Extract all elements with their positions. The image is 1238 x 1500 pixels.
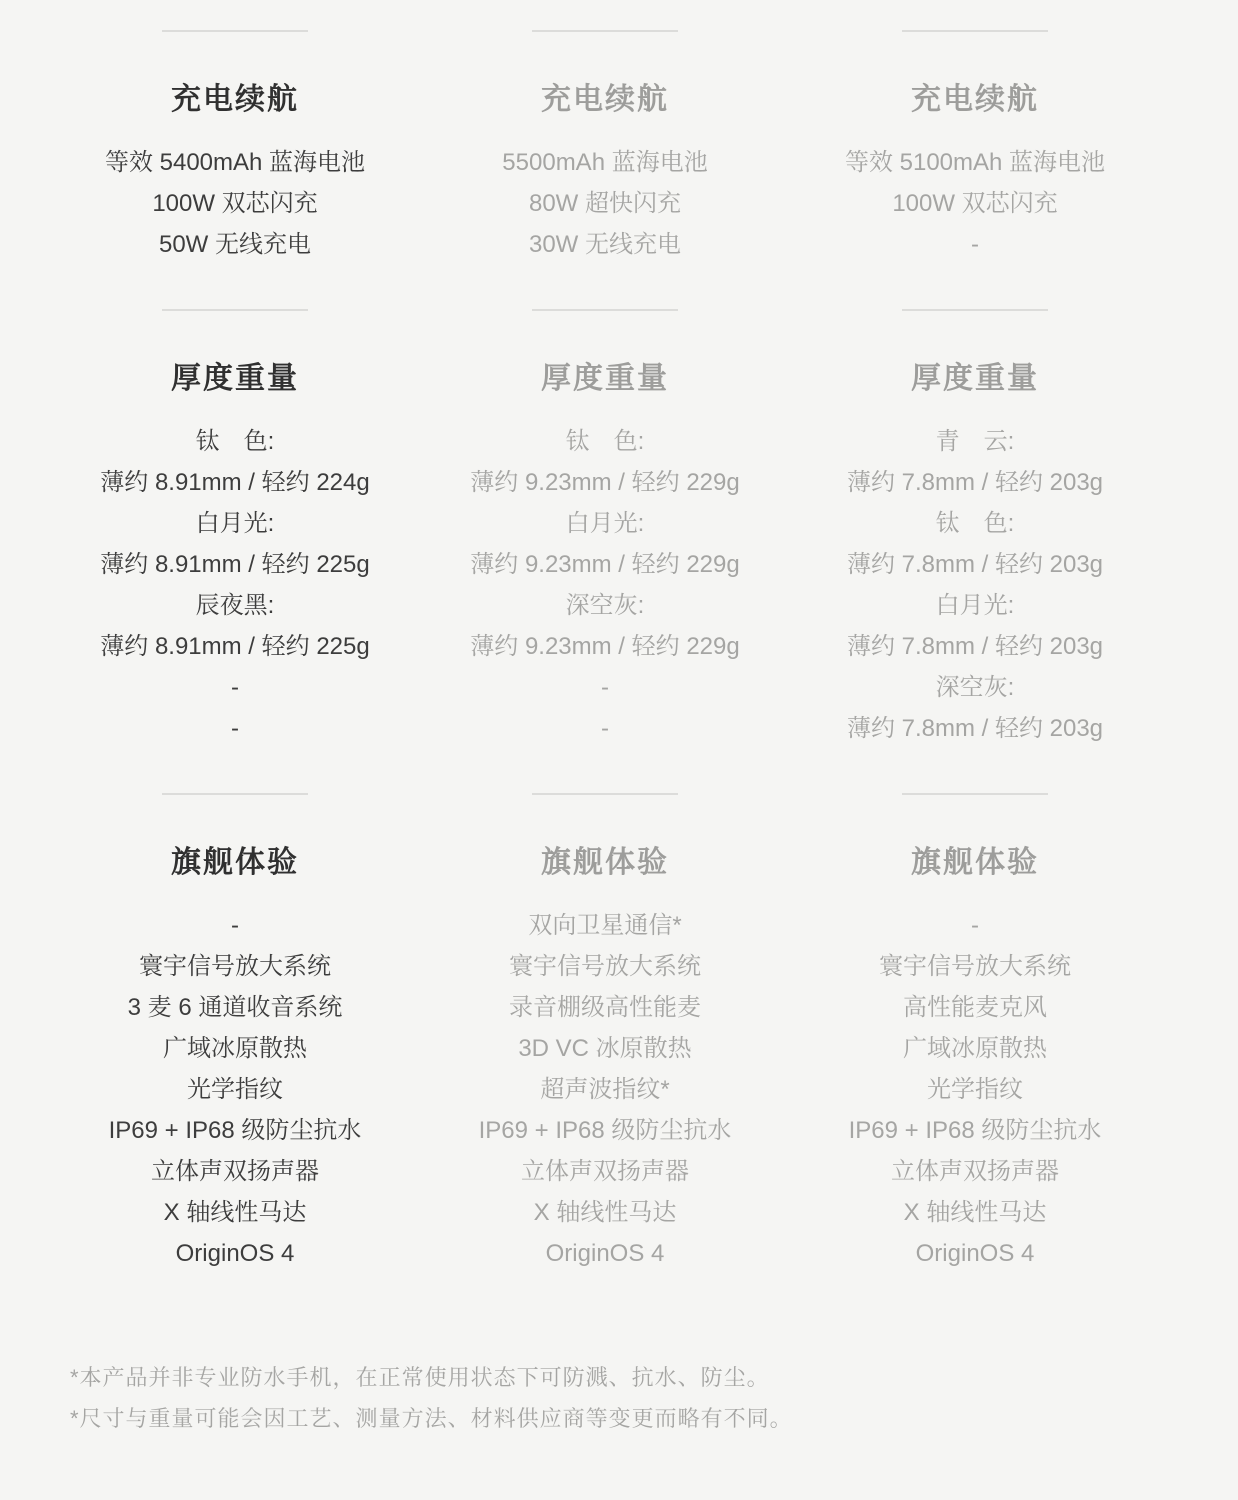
spec-section: 旗舰体验-寰宇信号放大系统3 麦 6 通道收音系统广域冰原散热光学指纹IP69 …: [50, 793, 420, 1274]
spec-rows: 5500mAh 蓝海电池80W 超快闪充30W 无线充电: [420, 142, 790, 265]
spec-value: OriginOS 4: [420, 1233, 790, 1274]
spec-section: 充电续航等效 5400mAh 蓝海电池100W 双芯闪充50W 无线充电: [50, 30, 420, 265]
color-variant-label: 白月光:: [50, 503, 420, 544]
empty-value: -: [420, 708, 790, 749]
spec-value: 录音棚级高性能麦: [420, 987, 790, 1028]
spec-rows: 双向卫星通信*寰宇信号放大系统录音棚级高性能麦3D VC 冰原散热超声波指纹*I…: [420, 905, 790, 1274]
spec-value: 广域冰原散热: [790, 1028, 1160, 1069]
spec-value: IP69 + IP68 级防尘抗水: [50, 1110, 420, 1151]
section-divider-line: [532, 793, 678, 795]
spec-comparison-page: 充电续航等效 5400mAh 蓝海电池100W 双芯闪充50W 无线充电厚度重量…: [0, 0, 1238, 1500]
spec-value: X 轴线性马达: [420, 1192, 790, 1233]
spec-value: 超声波指纹*: [420, 1069, 790, 1110]
section-title: 充电续航: [420, 84, 790, 116]
section-divider-line: [902, 793, 1048, 795]
spec-value: 光学指纹: [50, 1069, 420, 1110]
section-divider-line: [162, 793, 308, 795]
spec-section: 厚度重量青 云:薄约 7.8mm / 轻约 203g钛 色:薄约 7.8mm /…: [790, 309, 1160, 749]
spec-section: 厚度重量钛 色:薄约 9.23mm / 轻约 229g白月光:薄约 9.23mm…: [420, 309, 790, 749]
spec-section: 厚度重量钛 色:薄约 8.91mm / 轻约 224g白月光:薄约 8.91mm…: [50, 309, 420, 749]
spec-value: 等效 5100mAh 蓝海电池: [790, 142, 1160, 183]
empty-value: -: [50, 905, 420, 946]
spec-value: OriginOS 4: [790, 1233, 1160, 1274]
section-title: 厚度重量: [420, 363, 790, 395]
section-divider-line: [902, 30, 1048, 32]
spec-value: 薄约 7.8mm / 轻约 203g: [790, 708, 1160, 749]
empty-value: -: [50, 667, 420, 708]
spec-value: 5500mAh 蓝海电池: [420, 142, 790, 183]
spec-value: 双向卫星通信*: [420, 905, 790, 946]
spec-rows: -寰宇信号放大系统3 麦 6 通道收音系统广域冰原散热光学指纹IP69 + IP…: [50, 905, 420, 1274]
spec-column-product-2: 充电续航5500mAh 蓝海电池80W 超快闪充30W 无线充电厚度重量钛 色:…: [420, 0, 790, 1274]
spec-section: 旗舰体验-寰宇信号放大系统高性能麦克风广域冰原散热光学指纹IP69 + IP68…: [790, 793, 1160, 1274]
spec-value: 薄约 8.91mm / 轻约 225g: [50, 626, 420, 667]
spec-value: 薄约 7.8mm / 轻约 203g: [790, 544, 1160, 585]
section-title: 充电续航: [50, 84, 420, 116]
color-variant-label: 钛 色:: [420, 421, 790, 462]
section-divider-line: [162, 309, 308, 311]
spec-value: 寰宇信号放大系统: [50, 946, 420, 987]
empty-value: -: [50, 708, 420, 749]
spec-value: 3 麦 6 通道收音系统: [50, 987, 420, 1028]
spec-column-product-3: 充电续航等效 5100mAh 蓝海电池100W 双芯闪充-厚度重量青 云:薄约 …: [790, 0, 1160, 1274]
spec-section: 充电续航5500mAh 蓝海电池80W 超快闪充30W 无线充电: [420, 30, 790, 265]
spec-value: 薄约 9.23mm / 轻约 229g: [420, 626, 790, 667]
spec-value: X 轴线性马达: [790, 1192, 1160, 1233]
spec-value: 薄约 7.8mm / 轻约 203g: [790, 626, 1160, 667]
spec-section: 充电续航等效 5100mAh 蓝海电池100W 双芯闪充-: [790, 30, 1160, 265]
spec-rows: 等效 5100mAh 蓝海电池100W 双芯闪充-: [790, 142, 1160, 265]
section-title: 厚度重量: [50, 363, 420, 395]
color-variant-label: 青 云:: [790, 421, 1160, 462]
spec-value: 广域冰原散热: [50, 1028, 420, 1069]
footnote-water-resistance: *本产品并非专业防水手机，在正常使用状态下可防溅、抗水、防尘。: [70, 1357, 1238, 1398]
spec-value: 30W 无线充电: [420, 224, 790, 265]
spec-value: IP69 + IP68 级防尘抗水: [790, 1110, 1160, 1151]
spec-value: 等效 5400mAh 蓝海电池: [50, 142, 420, 183]
spec-value: X 轴线性马达: [50, 1192, 420, 1233]
color-variant-label: 白月光:: [420, 503, 790, 544]
spec-rows: 青 云:薄约 7.8mm / 轻约 203g钛 色:薄约 7.8mm / 轻约 …: [790, 421, 1160, 749]
section-title: 厚度重量: [790, 363, 1160, 395]
empty-value: -: [790, 905, 1160, 946]
spec-column-product-1: 充电续航等效 5400mAh 蓝海电池100W 双芯闪充50W 无线充电厚度重量…: [50, 0, 420, 1274]
color-variant-label: 钛 色:: [50, 421, 420, 462]
color-variant-label: 深空灰:: [420, 585, 790, 626]
color-variant-label: 辰夜黑:: [50, 585, 420, 626]
spec-value: 光学指纹: [790, 1069, 1160, 1110]
spec-value: 寰宇信号放大系统: [420, 946, 790, 987]
spec-value: 3D VC 冰原散热: [420, 1028, 790, 1069]
section-divider-line: [162, 30, 308, 32]
section-title: 旗舰体验: [790, 847, 1160, 879]
spec-value: 50W 无线充电: [50, 224, 420, 265]
spec-value: 薄约 9.23mm / 轻约 229g: [420, 462, 790, 503]
section-divider-line: [532, 309, 678, 311]
spec-rows: 钛 色:薄约 9.23mm / 轻约 229g白月光:薄约 9.23mm / 轻…: [420, 421, 790, 749]
spec-value: 100W 双芯闪充: [50, 183, 420, 224]
section-title: 旗舰体验: [50, 847, 420, 879]
color-variant-label: 白月光:: [790, 585, 1160, 626]
section-divider-line: [532, 30, 678, 32]
spec-rows: -寰宇信号放大系统高性能麦克风广域冰原散热光学指纹IP69 + IP68 级防尘…: [790, 905, 1160, 1274]
section-divider-line: [902, 309, 1048, 311]
spec-value: 薄约 8.91mm / 轻约 225g: [50, 544, 420, 585]
spec-value: OriginOS 4: [50, 1233, 420, 1274]
spec-comparison-table: 充电续航等效 5400mAh 蓝海电池100W 双芯闪充50W 无线充电厚度重量…: [0, 0, 1238, 1274]
footnote-dimensions: *尺寸与重量可能会因工艺、测量方法、材料供应商等变更而略有不同。: [70, 1398, 1238, 1439]
color-variant-label: 深空灰:: [790, 667, 1160, 708]
spec-value: 立体声双扬声器: [50, 1151, 420, 1192]
spec-value: 立体声双扬声器: [420, 1151, 790, 1192]
spec-value: 薄约 7.8mm / 轻约 203g: [790, 462, 1160, 503]
section-title: 旗舰体验: [420, 847, 790, 879]
spec-value: 立体声双扬声器: [790, 1151, 1160, 1192]
spec-value: 80W 超快闪充: [420, 183, 790, 224]
spec-value: IP69 + IP68 级防尘抗水: [420, 1110, 790, 1151]
spec-rows: 钛 色:薄约 8.91mm / 轻约 224g白月光:薄约 8.91mm / 轻…: [50, 421, 420, 749]
spec-value: 高性能麦克风: [790, 987, 1160, 1028]
spec-value: 薄约 9.23mm / 轻约 229g: [420, 544, 790, 585]
color-variant-label: 钛 色:: [790, 503, 1160, 544]
spec-value: 寰宇信号放大系统: [790, 946, 1160, 987]
spec-section: 旗舰体验双向卫星通信*寰宇信号放大系统录音棚级高性能麦3D VC 冰原散热超声波…: [420, 793, 790, 1274]
footnotes: *本产品并非专业防水手机，在正常使用状态下可防溅、抗水、防尘。 *尺寸与重量可能…: [0, 1357, 1238, 1439]
spec-value: 薄约 8.91mm / 轻约 224g: [50, 462, 420, 503]
section-title: 充电续航: [790, 84, 1160, 116]
spec-rows: 等效 5400mAh 蓝海电池100W 双芯闪充50W 无线充电: [50, 142, 420, 265]
spec-value: 100W 双芯闪充: [790, 183, 1160, 224]
empty-value: -: [420, 667, 790, 708]
empty-value: -: [790, 224, 1160, 265]
